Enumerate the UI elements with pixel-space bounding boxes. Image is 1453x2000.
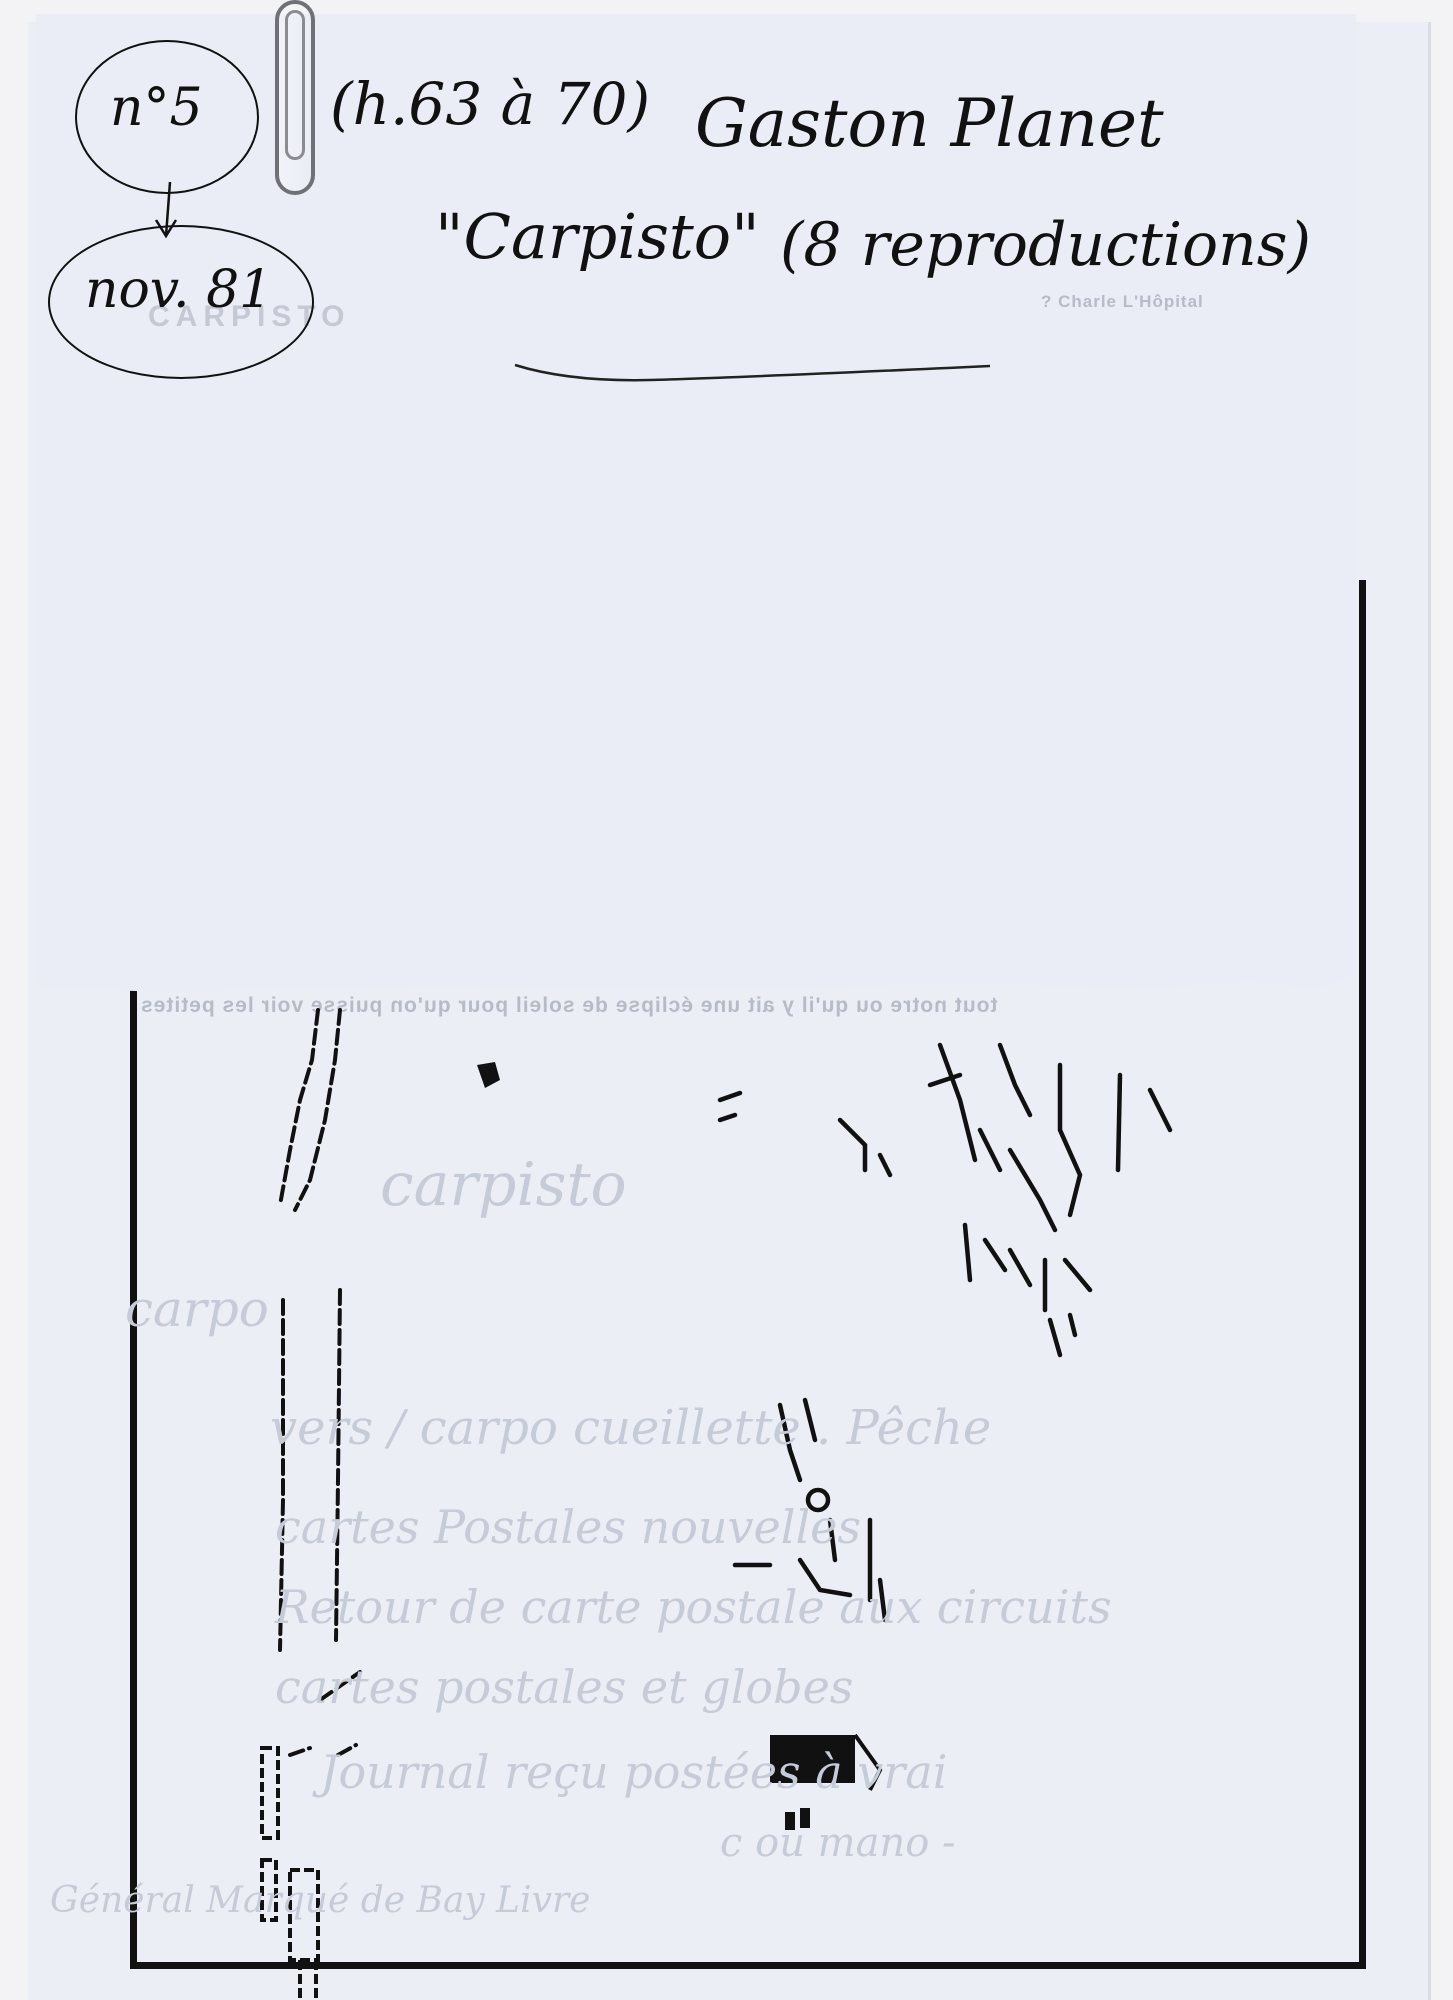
work-title: "Carpisto" (435, 200, 760, 273)
faint-note-line: cartes postales et globes (275, 1660, 853, 1714)
faint-note-line: cartes Postales nouvelles (275, 1500, 861, 1554)
faint-note-line: Retour de carte postale aux circuits (275, 1580, 1112, 1634)
paperclip-inner (285, 10, 305, 160)
faint-note-line: c ou mano - (720, 1820, 956, 1866)
faint-sketch-caption: carpisto (380, 1150, 627, 1220)
reference-range: (h.63 à 70) (330, 70, 650, 138)
ghost-header: ? Charle L'Hôpital (1041, 292, 1204, 312)
circled-date: nov. 81 (85, 260, 272, 320)
faint-note-line: vers / carpo cueillette . Pêche (270, 1400, 991, 1456)
underline-stroke (510, 360, 1000, 390)
reproduction-note: (8 reproductions) (780, 210, 1311, 280)
faint-note-line: Journal reçu postées à vrai (320, 1745, 947, 1799)
author-name: Gaston Planet (695, 85, 1164, 162)
faint-note-line: carpo (125, 1280, 269, 1338)
circled-number: n°5 (110, 78, 203, 138)
faint-note-line: Général Marqué de Bay Livre (50, 1880, 590, 1921)
